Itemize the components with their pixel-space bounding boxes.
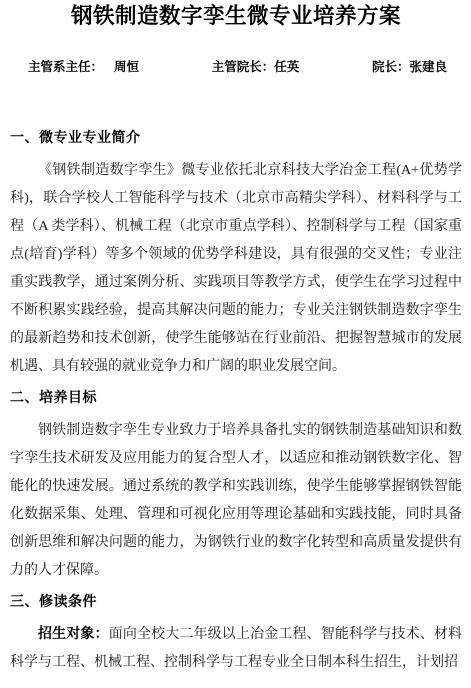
section-2-heading: 二、培养目标 <box>10 389 462 405</box>
signature-dean-name: 张建良 <box>409 60 447 74</box>
signature-row: 主管系主任：周恒 主管院长：任英 院长：张建良 <box>10 59 462 75</box>
signature-supervising-dean: 主管院长：任英 <box>212 59 300 75</box>
signature-dept-head-label: 主管系主任： <box>28 60 103 74</box>
section-1-paragraph: 《钢铁制造数字孪生》微专业依托北京科技大学冶金工程(A+优势学科)，联合学校人工… <box>10 157 462 381</box>
section-3-paragraph: 招生对象：面向全校大二年级以上冶金工程、智能科学与技术、材料科学与工程、机械工程… <box>10 621 462 677</box>
section-1-heading: 一、微专业专业简介 <box>10 129 462 145</box>
document-page: 钢铁制造数字孪生微专业培养方案 主管系主任：周恒 主管院长：任英 院长：张建良 … <box>0 0 471 688</box>
document-title: 钢铁制造数字孪生微专业培养方案 <box>10 4 462 29</box>
signature-dept-head-name: 周恒 <box>103 60 139 74</box>
enrollment-target-lead-label: 招生对象： <box>38 627 109 642</box>
signature-dept-head: 主管系主任：周恒 <box>28 59 139 75</box>
signature-dean-label: 院长： <box>372 60 410 74</box>
section-3-heading: 三、修读条件 <box>10 593 462 609</box>
signature-supervising-dean-name: 任英 <box>274 60 299 74</box>
signature-supervising-dean-label: 主管院长： <box>212 60 275 74</box>
signature-dean: 院长：张建良 <box>372 59 447 75</box>
section-2-paragraph: 钢铁制造数字孪生专业致力于培养具备扎实的钢铁制造基础知识和数字孪生技术研发及应用… <box>10 417 462 585</box>
